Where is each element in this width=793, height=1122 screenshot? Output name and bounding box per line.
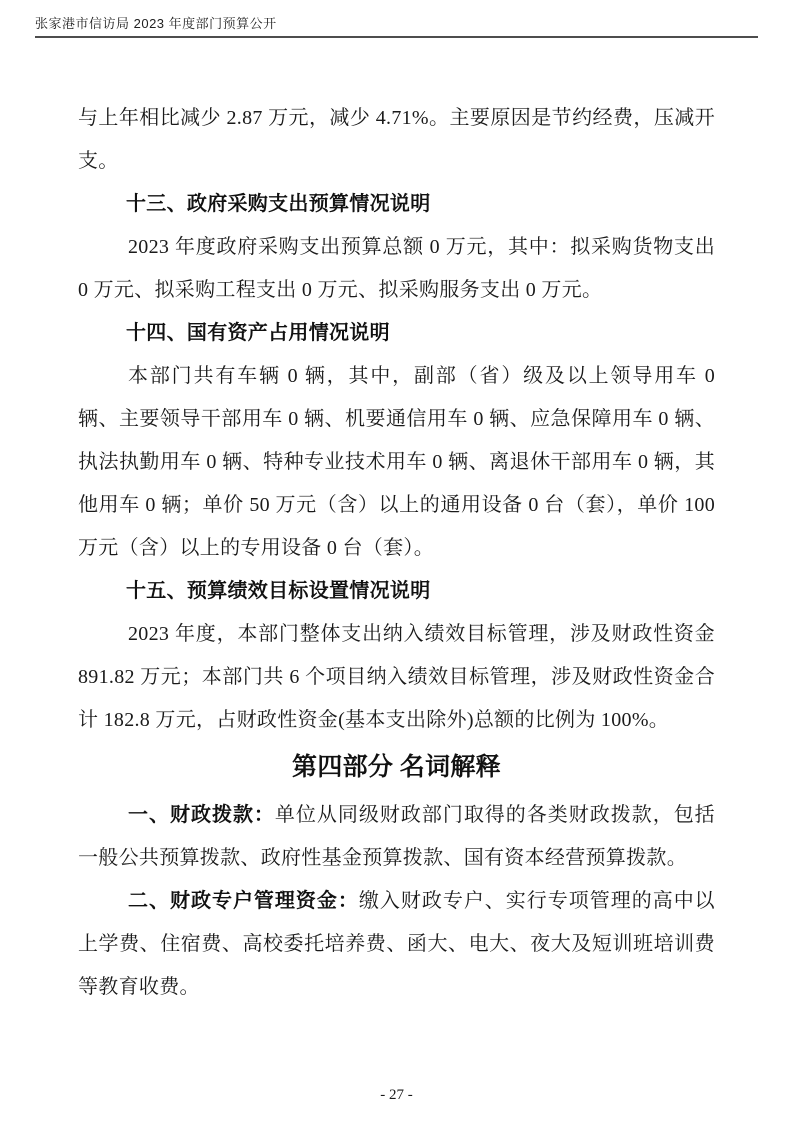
document-page: 张家港市信访局 2023 年度部门预算公开 与上年相比减少 2.87 万元，减少… <box>0 0 793 1122</box>
carryover-paragraph: 与上年相比减少 2.87 万元，减少 4.71%。主要原因是节约经费，压减开支。 <box>78 97 715 183</box>
document-body: 与上年相比减少 2.87 万元，减少 4.71%。主要原因是节约经费，压减开支。… <box>78 97 715 1009</box>
section-14-paragraph: 本部门共有车辆 0 辆，其中，副部（省）级及以上领导用车 0 辆、主要领导干部用… <box>78 355 715 570</box>
part-4-title: 第四部分 名词解释 <box>78 742 715 794</box>
term-2-label: 二、财政专户管理资金： <box>128 890 359 912</box>
term-1-label: 一、财政拨款： <box>128 804 275 826</box>
page-footer: - 27 - <box>0 1087 793 1104</box>
section-15-heading: 十五、预算绩效目标设置情况说明 <box>78 570 715 613</box>
section-15-paragraph: 2023 年度，本部门整体支出纳入绩效目标管理，涉及财政性资金 891.82 万… <box>78 613 715 742</box>
section-14-heading: 十四、国有资产占用情况说明 <box>78 312 715 355</box>
section-13-paragraph: 2023 年度政府采购支出预算总额 0 万元，其中：拟采购货物支出 0 万元、拟… <box>78 226 715 312</box>
header-rule <box>35 36 758 38</box>
section-13-heading: 十三、政府采购支出预算情况说明 <box>78 183 715 226</box>
header-title: 张家港市信访局 2023 年度部门预算公开 <box>35 13 758 36</box>
page-number: - 27 - <box>380 1087 413 1103</box>
page-header: 张家港市信访局 2023 年度部门预算公开 <box>35 13 758 38</box>
term-2-paragraph: 二、财政专户管理资金：缴入财政专户、实行专项管理的高中以上学费、住宿费、高校委托… <box>78 880 715 1009</box>
term-1-paragraph: 一、财政拨款：单位从同级财政部门取得的各类财政拨款，包括一般公共预算拨款、政府性… <box>78 794 715 880</box>
